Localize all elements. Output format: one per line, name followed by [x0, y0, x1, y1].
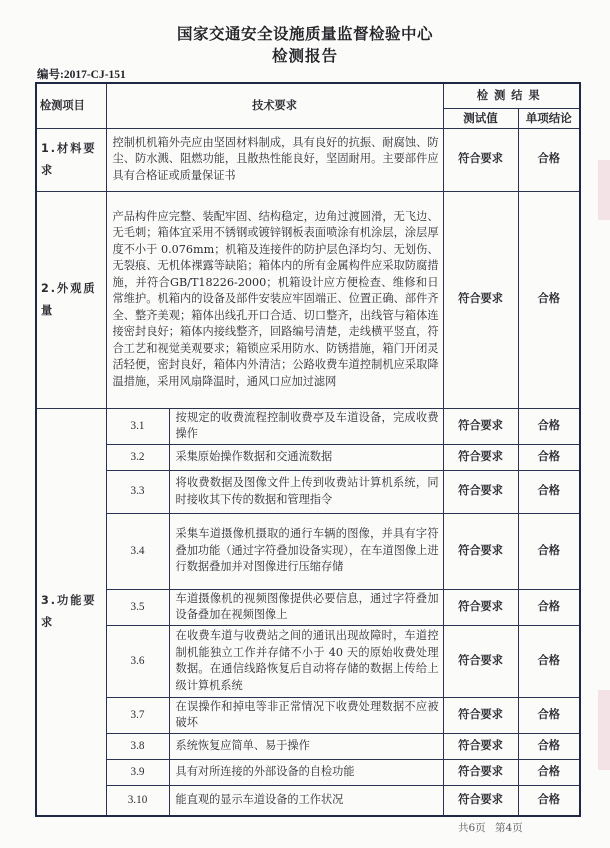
requirement-text: 在收费车道与收费站之间的通讯出现故障时，车道控制机能独立工作并存储不小于 40 …	[169, 625, 443, 697]
table-row: 3.8 系统恢复应简单、易于操作 符合要求 合格	[36, 733, 580, 759]
report-title: 检测报告	[0, 44, 610, 66]
requirement-text: 车道摄像机的视频图像提供必要信息，通过字符叠加设备叠加在视频图像上	[169, 589, 443, 625]
table-row: 2.外观质量 产品构件应完整、装配牢固、结构稳定，边角过渡圆滑，无飞边、无毛刺；…	[36, 191, 580, 408]
conclusion: 合格	[518, 625, 580, 697]
requirement-text: 采集原始操作数据和交通流数据	[169, 444, 443, 470]
requirement-text: 采集车道摄像机摄取的通行车辆的图像，并具有字符叠加功能（通过字符叠加设备实现），…	[169, 513, 443, 589]
conclusion: 合格	[518, 589, 580, 625]
inspection-table: 检测项目 技术要求 检测结果 测试值 单项结论 1.材料要求 控制机机箱外壳应由…	[35, 82, 581, 817]
requirement-text: 将收费数据及图像文件上传到收费站计算机系统，同时接收其下传的数据和管理指令	[169, 470, 443, 513]
conclusion: 合格	[518, 191, 580, 408]
table-row: 3.7 在误操作和掉电等非正常情况下收费处理数据不应被破坏 符合要求 合格	[36, 697, 580, 733]
sub-item-number: 3.3	[106, 470, 169, 513]
sub-item-number: 3.9	[106, 759, 169, 785]
test-value: 符合要求	[443, 191, 518, 408]
requirement-text: 能直观的显示车道设备的工作状况	[169, 785, 443, 816]
table-row: 1.材料要求 控制机机箱外壳应由坚固材料制成，具有良好的抗振、耐腐蚀、防尘、防水…	[36, 128, 580, 191]
table-row: 3.6 在收费车道与收费站之间的通讯出现故障时，车道控制机能独立工作并存储不小于…	[36, 625, 580, 697]
sub-item-number: 3.1	[106, 408, 169, 444]
sub-item-number: 3.6	[106, 625, 169, 697]
org-title: 国家交通安全设施质量监督检验中心	[0, 22, 610, 44]
conclusion: 合格	[518, 470, 580, 513]
test-value: 符合要求	[443, 625, 518, 697]
col-header-requirement: 技术要求	[106, 83, 443, 128]
sub-item-number: 3.10	[106, 785, 169, 816]
requirement-text: 系统恢复应简单、易于操作	[169, 733, 443, 759]
col-header-test-value: 测试值	[443, 108, 518, 128]
test-value: 符合要求	[443, 785, 518, 816]
table-row: 3.3 将收费数据及图像文件上传到收费站计算机系统，同时接收其下传的数据和管理指…	[36, 470, 580, 513]
table-row: 3.9 具有对所连接的外部设备的自检功能 符合要求 合格	[36, 759, 580, 785]
test-value: 符合要求	[443, 408, 518, 444]
sub-item-number: 3.8	[106, 733, 169, 759]
conclusion: 合格	[518, 697, 580, 733]
header-row: 检测项目 技术要求 检测结果	[36, 83, 580, 108]
test-value: 符合要求	[443, 759, 518, 785]
table-row: 3.4 采集车道摄像机摄取的通行车辆的图像，并具有字符叠加功能（通过字符叠加设备…	[36, 513, 580, 589]
col-header-result-group: 检测结果	[443, 83, 580, 108]
col-header-item: 检测项目	[36, 83, 106, 128]
sub-item-number: 3.7	[106, 697, 169, 733]
page-footer: 共6页 第4页	[458, 820, 523, 835]
col-header-conclusion: 单项结论	[518, 108, 580, 128]
current-page: 第4页	[495, 822, 523, 834]
requirement-text: 具有对所连接的外部设备的自检功能	[169, 759, 443, 785]
item-label: 2.外观质量	[36, 191, 106, 408]
conclusion: 合格	[518, 513, 580, 589]
item-label: 3.功能要求	[36, 408, 106, 816]
doc-number: 编号:2017-CJ-151	[37, 66, 126, 82]
test-value: 符合要求	[443, 128, 518, 191]
sub-item-number: 3.5	[106, 589, 169, 625]
requirement-text: 控制机机箱外壳应由坚固材料制成，具有良好的抗振、耐腐蚀、防尘、防水溅、阻燃功能，…	[106, 128, 443, 191]
test-value: 符合要求	[443, 444, 518, 470]
test-value: 符合要求	[443, 513, 518, 589]
sub-item-number: 3.2	[106, 444, 169, 470]
table-row: 3.2 采集原始操作数据和交通流数据 符合要求 合格	[36, 444, 580, 470]
test-value: 符合要求	[443, 589, 518, 625]
requirement-text: 在误操作和掉电等非正常情况下收费处理数据不应被破坏	[169, 697, 443, 733]
table-row: 3.功能要求 3.1 按规定的收费流程控制收费亭及车道设备，完成收费操作 符合要…	[36, 408, 580, 444]
table-row: 3.10 能直观的显示车道设备的工作状况 符合要求 合格	[36, 785, 580, 816]
conclusion: 合格	[518, 759, 580, 785]
conclusion: 合格	[518, 785, 580, 816]
conclusion: 合格	[518, 733, 580, 759]
sub-item-number: 3.4	[106, 513, 169, 589]
total-pages: 共6页	[458, 822, 486, 834]
requirement-text: 产品构件应完整、装配牢固、结构稳定，边角过渡圆滑，无飞边、无毛刺；箱体宜采用不锈…	[106, 191, 443, 408]
test-value: 符合要求	[443, 697, 518, 733]
requirement-text: 按规定的收费流程控制收费亭及车道设备，完成收费操作	[169, 408, 443, 444]
test-value: 符合要求	[443, 733, 518, 759]
conclusion: 合格	[518, 408, 580, 444]
test-value: 符合要求	[443, 470, 518, 513]
seal-mark	[598, 690, 610, 770]
table-row: 3.5 车道摄像机的视频图像提供必要信息，通过字符叠加设备叠加在视频图像上 符合…	[36, 589, 580, 625]
item-label: 1.材料要求	[36, 128, 106, 191]
conclusion: 合格	[518, 444, 580, 470]
conclusion: 合格	[518, 128, 580, 191]
seal-mark	[598, 160, 610, 220]
